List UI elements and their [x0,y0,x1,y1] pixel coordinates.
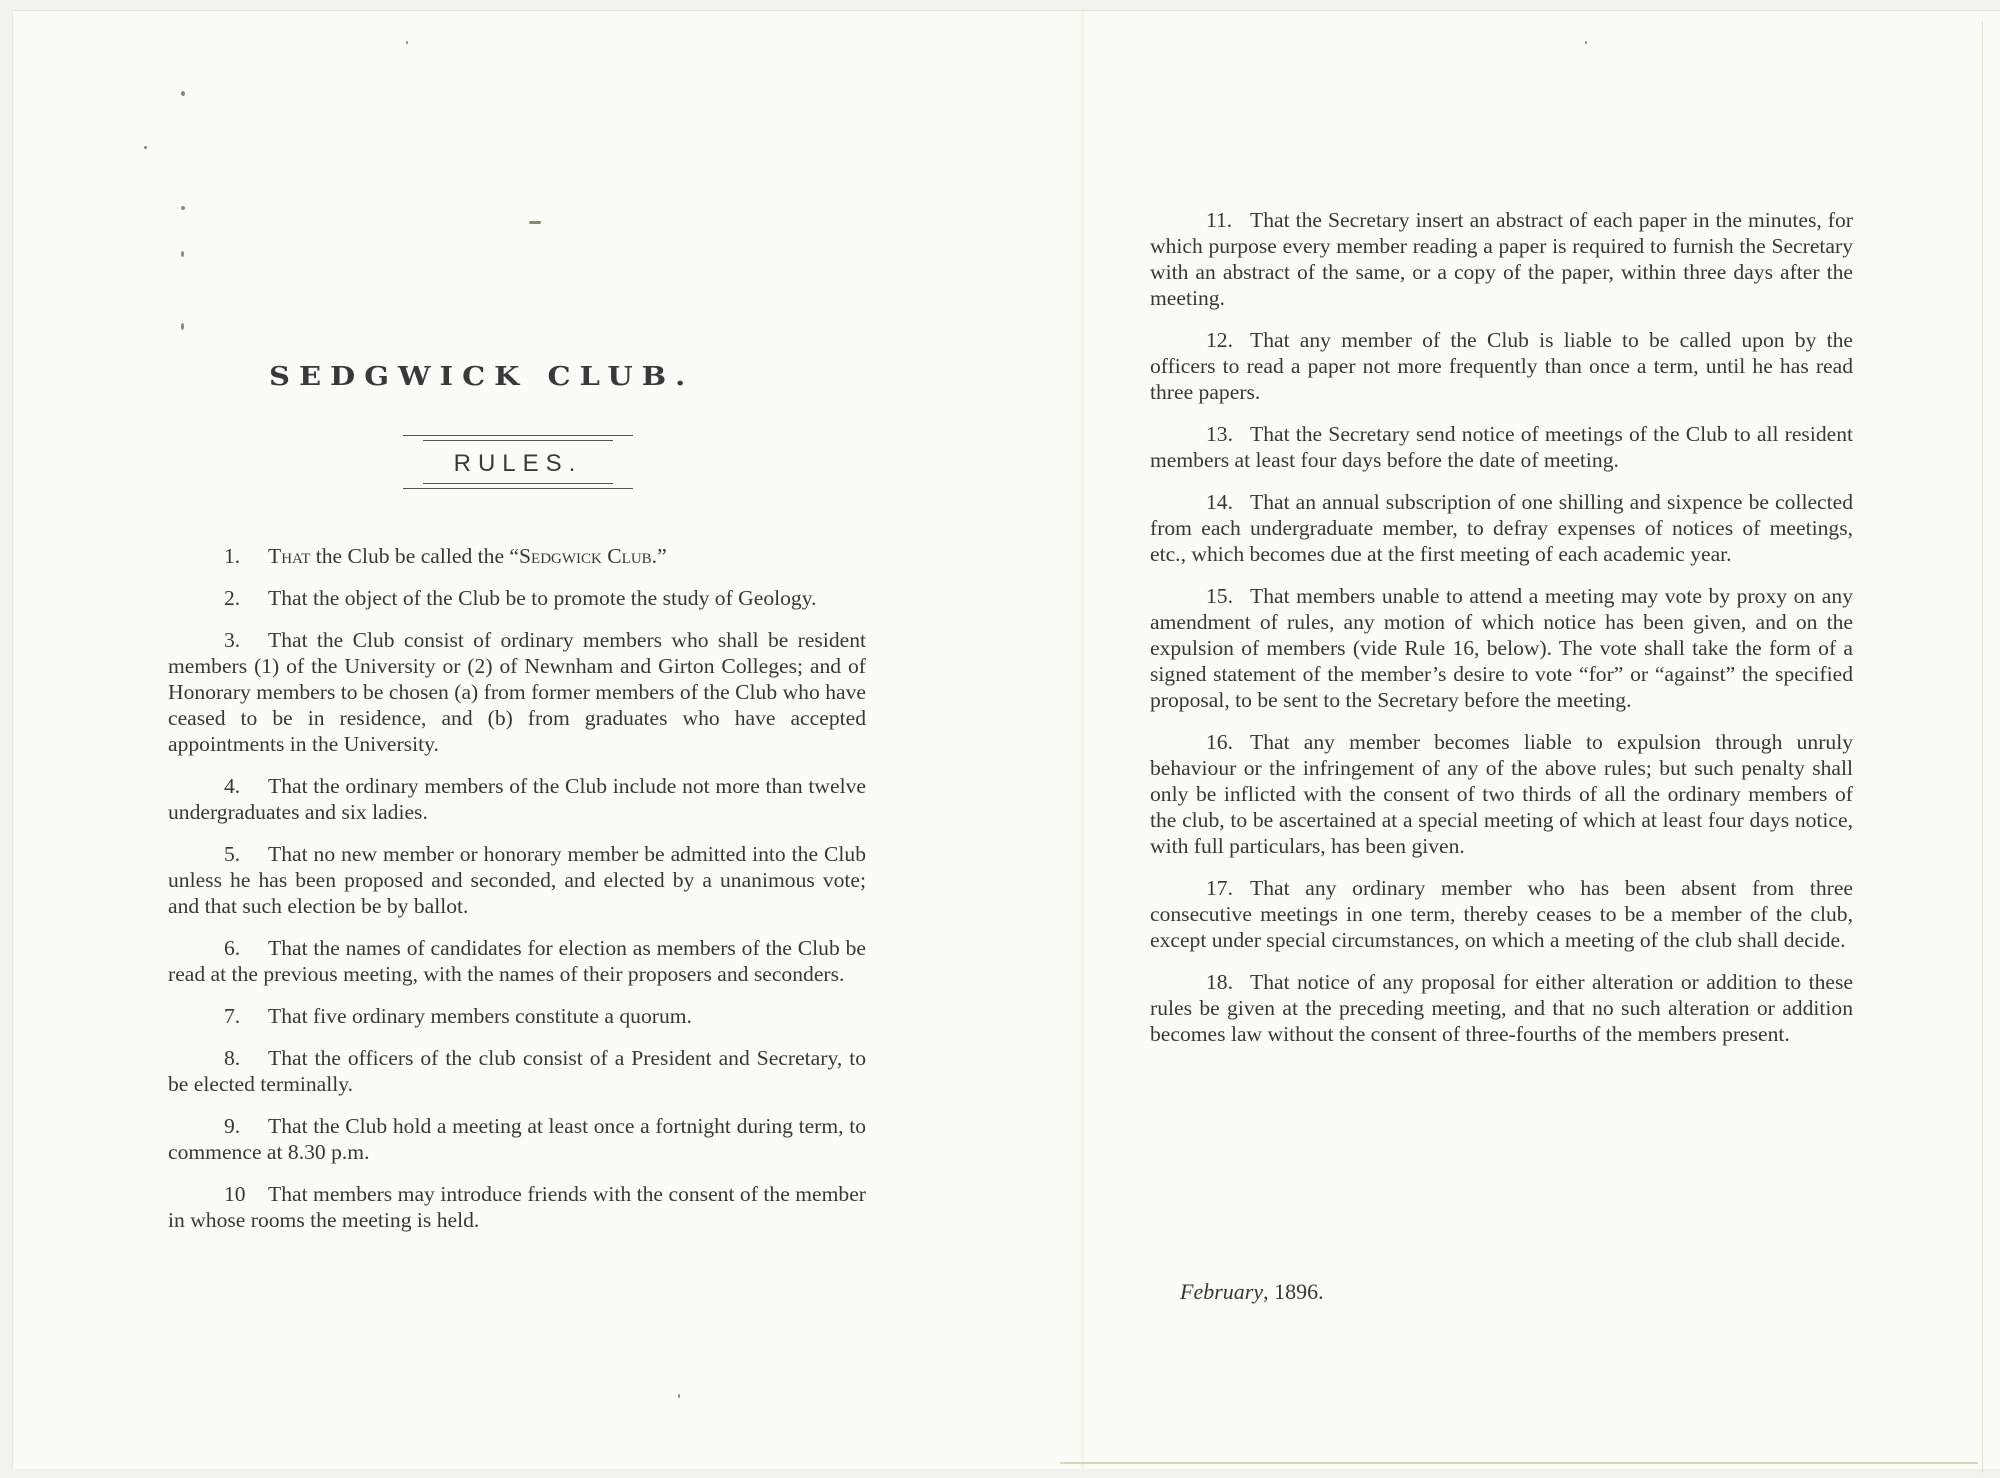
rule-text: That the Club hold a meeting at least on… [168,1114,866,1164]
rule-text: That any member becomes liable to expuls… [1150,730,1853,858]
rule-item: 14.That an annual subscription of one sh… [1150,489,1853,567]
rule-item: 18.That notice of any proposal for eithe… [1150,969,1853,1047]
ink-speck [181,91,185,96]
divider [403,488,633,489]
rule-item: 9.That the Club hold a meeting at least … [168,1113,866,1165]
rule-number: 12. [1206,327,1236,353]
rule-number: 4. [224,773,254,799]
rules-heading-box: RULES. [403,435,633,489]
rule-number: 8. [224,1045,254,1071]
ink-speck [181,323,184,330]
document-sheet: SEDGWICK CLUB. RULES. 1.That the Club be… [12,10,2000,1469]
rule-text: That notice of any proposal for either a… [1150,970,1853,1046]
rules-heading: RULES. [403,451,633,477]
rule-number: 9. [224,1113,254,1139]
page-fold [1081,11,1084,1469]
rule-text: That the names of candidates for electio… [168,936,866,986]
rule-number: 13. [1206,421,1236,447]
page-edge [1060,1462,1978,1464]
rule-item: 17.That any ordinary member who has been… [1150,875,1853,953]
rule-text: That members may introduce friends with … [168,1182,866,1232]
rule-item: 15.That members unable to attend a meeti… [1150,583,1853,713]
rule-item: 3.That the Club consist of ordinary memb… [168,627,866,757]
ink-speck [678,1394,680,1398]
rule-item: 4.That the ordinary members of the Club … [168,773,866,825]
ink-speck [181,251,184,257]
ink-speck [529,221,541,224]
rule-text: That the ordinary members of the Club in… [168,774,866,824]
rule-number: 18. [1206,969,1236,995]
rule-number: 7. [224,1003,254,1029]
divider [423,483,613,484]
date-year: , 1896. [1263,1279,1324,1304]
rule-club-name: Sedgwick Club. [519,544,657,568]
rule-item: 8.That the officers of the club consist … [168,1045,866,1097]
rule-number: 5. [224,841,254,867]
rule-number: 15. [1206,583,1236,609]
rule-number: 16. [1206,729,1236,755]
rule-text: That the Club consist of ordinary member… [168,628,866,756]
rule-lead: That [268,544,310,568]
rule-number: 6. [224,935,254,961]
divider [423,440,613,441]
rule-text: the Club be called the “ [310,544,519,568]
rule-text: That the object of the Club be to promot… [268,586,817,610]
rule-text: That any ordinary member who has been ab… [1150,876,1853,952]
document-title: SEDGWICK CLUB. [269,361,779,392]
ink-speck [406,41,408,44]
ink-speck [144,146,147,149]
rule-number: 1. [224,543,254,569]
rule-number: 10 [224,1181,254,1207]
rule-item: 7.That five ordinary members constitute … [168,1003,866,1029]
ink-speck [181,206,185,210]
rule-item: 13.That the Secretary send notice of mee… [1150,421,1853,473]
rule-text: That five ordinary members constitute a … [268,1004,692,1028]
rule-text: That members unable to attend a meeting … [1150,584,1853,712]
rule-text: That the Secretary insert an abstract of… [1150,208,1853,310]
rule-item: 5.That no new member or honorary member … [168,841,866,919]
rule-text: That an annual subscription of one shill… [1150,490,1853,566]
rule-number: 3. [224,627,254,653]
rule-number: 14. [1206,489,1236,515]
rule-number: 17. [1206,875,1236,901]
rule-text: That the officers of the club consist of… [168,1046,866,1096]
rule-item: 2.That the object of the Club be to prom… [168,585,866,611]
rule-text: That the Secretary send notice of meetin… [1150,422,1853,472]
ink-speck [1585,41,1587,44]
rule-item: 11.That the Secretary insert an abstract… [1150,207,1853,311]
rules-column-right: 11.That the Secretary insert an abstract… [1150,207,1853,1063]
rule-tail: ” [657,544,667,568]
rule-number: 2. [224,585,254,611]
document-date: February, 1896. [1180,1279,1324,1305]
rule-text: That no new member or honorary member be… [168,842,866,918]
rule-item: 12.That any member of the Club is liable… [1150,327,1853,405]
rule-item: 6.That the names of candidates for elect… [168,935,866,987]
rule-number: 11. [1206,207,1236,233]
rule-item: 10That members may introduce friends wit… [168,1181,866,1233]
rule-text: That any member of the Club is liable to… [1150,328,1853,404]
rule-item: 1.That the Club be called the “Sedgwick … [168,543,866,569]
page-edge [1982,21,1983,1473]
rules-column-left: 1.That the Club be called the “Sedgwick … [168,543,866,1249]
divider [403,435,633,436]
date-month: February [1180,1279,1263,1304]
rule-item: 16.That any member becomes liable to exp… [1150,729,1853,859]
